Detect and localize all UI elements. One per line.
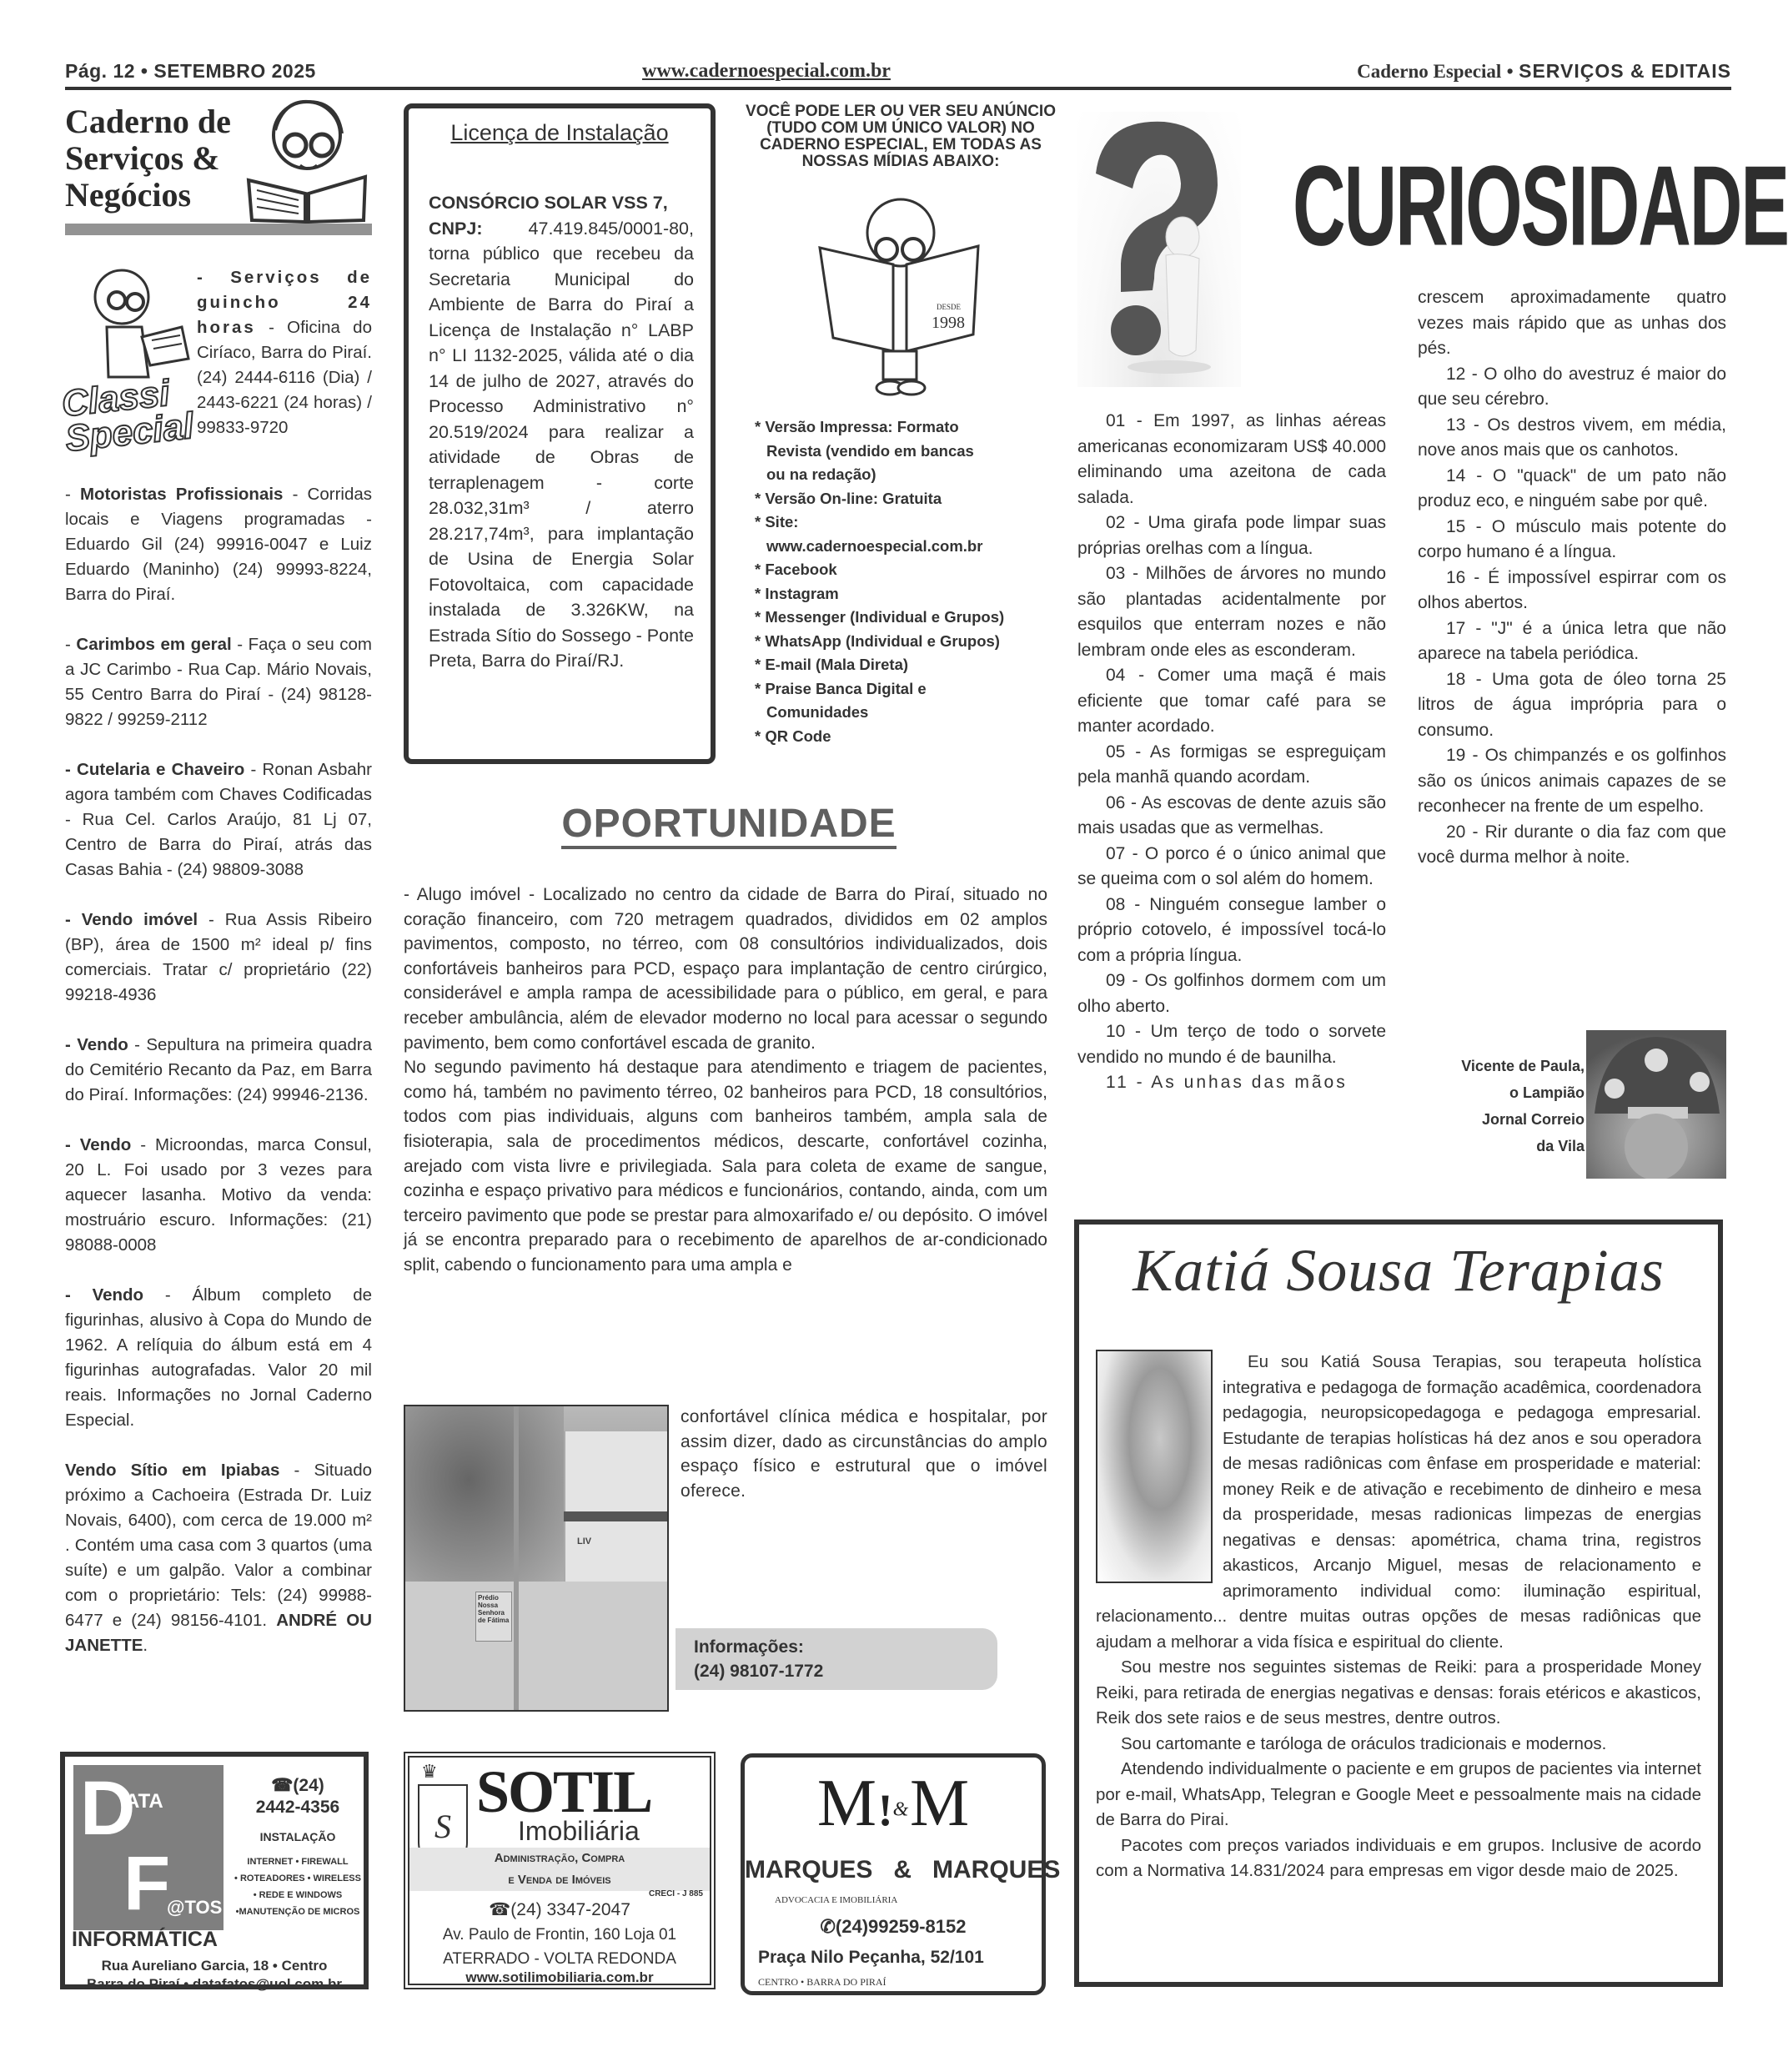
author-name: Vicente de Paula,: [1418, 1053, 1585, 1079]
brand-name: Caderno Especial: [1357, 61, 1501, 82]
datafatos-informatica: INFORMÁTICA: [72, 1928, 218, 1952]
address-line: Av. Paulo de Frontin, 160 Loja 01: [409, 1923, 710, 1947]
sotil-subtitle: Imobiliária: [518, 1816, 640, 1847]
katia-paragraph: Atendendo individualmente o paciente e e…: [1096, 1757, 1701, 1833]
crown-icon: ♛: [421, 1761, 438, 1783]
building-photo: LIV Prédio Nossa Senhora de Fátima: [404, 1405, 669, 1712]
svg-text:DESDE: DESDE: [937, 303, 962, 311]
sotil-phone: ☎(24) 3347-2047: [409, 1899, 710, 1920]
curiosity-item: 03 - Milhões de árvores no mundo são pla…: [1077, 561, 1386, 663]
marques-address: Praça Nilo Peçanha, 52/101: [758, 1948, 984, 1968]
curiosity-item: 05 - As formigas se espreguiçam pela man…: [1077, 740, 1386, 791]
media-item-label: * Versão Impressa: Formato: [755, 415, 1072, 440]
classified-item: - Cutelaria e Chaveiro - Ronan Asbahr ag…: [65, 757, 372, 883]
classified-title: - Vendo: [65, 1035, 128, 1054]
service-item: • REDE E WINDOWS: [229, 1887, 367, 1904]
media-item-label: * Site:: [755, 510, 1072, 535]
katia-paragraph: Pacotes com preços variados individuais …: [1096, 1833, 1701, 1884]
oportunidade-paragraph: - Alugo imóvel - Localizado no centro da…: [404, 883, 1047, 1055]
address-line: Rua Aureliano Garcia, 18 • Centro: [65, 1957, 364, 1975]
oportunidade-paragraph: No segundo pavimento há destaque para at…: [404, 1055, 1047, 1277]
sotil-website[interactable]: www.sotilimobiliaria.com.br: [409, 1969, 710, 1986]
classified-title: Vendo Sítio em Ipiabas: [65, 1461, 279, 1480]
media-item: * Instagram: [755, 582, 1072, 606]
curiosity-item: 02 - Uma girafa pode limpar suas própria…: [1077, 510, 1386, 561]
classified-end: .: [143, 1636, 148, 1655]
author-caption: Vicente de Paula, o Lampião Jornal Corre…: [1418, 1053, 1585, 1159]
curiosity-item: 07 - O porco é o único animal que se que…: [1077, 842, 1386, 893]
katia-paragraph: Sou cartomante e taróloga de oráculos tr…: [1096, 1732, 1701, 1758]
classified-item: - Carimbos em geral - Faça o seu com a J…: [65, 632, 372, 732]
curiosity-item: 11 - As unhas das mãos: [1077, 1070, 1386, 1096]
media-item: * Praise Banca Digital eComunidades: [755, 677, 1072, 725]
section-header: Caderno Especial • SERVIÇOS & EDITAIS: [1357, 60, 1731, 83]
service-item: •MANUTENÇÃO DE MICROS: [229, 1904, 367, 1920]
logo-m-left: M: [817, 1767, 876, 1840]
katia-photo: [1096, 1350, 1213, 1583]
katia-ad-box: Katiá Sousa Terapias Eu sou Katiá Sousa …: [1074, 1220, 1723, 1987]
oportunidade-title: OPORTUNIDADE: [404, 801, 1054, 847]
marques-ad: M!&M MARQUES & MARQUES ADVOCACIA E IMOBI…: [741, 1753, 1046, 1995]
classifieds-list: - Motoristas Profissionais - Corridas lo…: [65, 482, 372, 1658]
phone-number: 99259-8152: [868, 1916, 966, 1937]
phone-icon: ☎: [271, 1776, 293, 1795]
sotil-services-band: Administração, Compra e Venda de Imóveis: [409, 1848, 710, 1891]
media-item-cont: Revista (vendido em bancas: [755, 440, 1072, 464]
building-sign: Prédio Nossa Senhora de Fátima: [475, 1592, 512, 1642]
cangaceiro-hat-icon: [1586, 1030, 1726, 1179]
oportunidade-body: - Alugo imóvel - Localizado no centro da…: [404, 883, 1047, 1278]
phone-number: (24) 3347-2047: [510, 1900, 630, 1919]
curiosity-item: 12 - O olho do avestruz é maior do que s…: [1418, 362, 1726, 413]
media-item: * Facebook: [755, 558, 1072, 582]
phone-area: (24): [293, 1776, 324, 1795]
classified-title: - Vendo: [65, 1135, 131, 1154]
curiosity-item-cont: crescem aproximadamente quatro vezes mai…: [1418, 285, 1726, 362]
scales-logo-icon: M!&M: [745, 1766, 1042, 1848]
classified-title: Carimbos em geral: [76, 635, 231, 654]
marques-city: CENTRO • BARRA DO PIRAÍ: [758, 1976, 886, 1989]
logo-m-right: M: [910, 1767, 969, 1840]
curiosity-item: 08 - Ninguém consegue lamber o próprio c…: [1077, 893, 1386, 969]
curiosity-item: 19 - Os chimpanzés e os golfinhos são os…: [1418, 743, 1726, 820]
licenca-company: CONSÓRCIO SOLAR VSS 7,: [429, 193, 668, 213]
site-link[interactable]: www.cadernoespecial.com.br: [755, 535, 1072, 559]
katia-body: Eu sou Katiá Sousa Terapias, sou terapeu…: [1096, 1350, 1701, 1884]
datafatos-info: ☎(24) 2442-4356 INSTALAÇÃO INTERNET • FI…: [229, 1775, 367, 1920]
author-photo: [1586, 1030, 1726, 1179]
curiosidades-title: CURIOSIDADES: [1293, 140, 1788, 272]
phone-icon: ☎: [489, 1900, 510, 1919]
classified-item: Vendo Sítio em Ipiabas - Situado próximo…: [65, 1458, 372, 1658]
oportunidade-info-badge: Informações: (24) 98107-1772: [676, 1628, 997, 1690]
media-item: * Versão On-line: Gratuita: [755, 487, 1072, 511]
phone-number: 2442-4356: [229, 1797, 367, 1818]
whatsapp-icon: ✆: [820, 1916, 835, 1937]
datafatos-logo: D ATA F @TOS: [73, 1765, 223, 1930]
logo-ata: ATA: [125, 1790, 163, 1813]
classified-item: - Vendo - Álbum completo de figurinhas, …: [65, 1283, 372, 1433]
oportunidade-side-text: confortável clínica médica e hospitalar,…: [681, 1405, 1047, 1503]
katia-paragraph: Sou mestre nos seguintes sistemas de Rei…: [1096, 1655, 1701, 1732]
oportunidade-paragraph: confortável clínica médica e hospitalar,…: [681, 1405, 1047, 1503]
classified-prefix: -: [65, 485, 80, 504]
question-mark-icon: [1077, 112, 1241, 387]
classified-title: - Cutelaria e Chaveiro: [65, 760, 244, 779]
address-email: Barra do Piraí • datafatos@uol.com.br: [65, 1975, 364, 1994]
media-headline: VOCÊ PODE LER OU VER SEU ANÚNCIO (TUDO C…: [734, 103, 1067, 170]
website-link[interactable]: www.cadernoespecial.com.br: [642, 60, 891, 83]
marques-phone: ✆(24)99259-8152: [745, 1916, 1042, 1938]
datafatos-address: Rua Aureliano Garcia, 18 • Centro Barra …: [65, 1957, 364, 1994]
classi-special-logo: Classi Special: [60, 374, 195, 457]
curiosity-item: 16 - É impossível espirrar com os olhos …: [1418, 566, 1726, 616]
media-item-cont: Comunidades: [755, 701, 1072, 725]
logo-letter-f: F: [123, 1845, 170, 1922]
phone-area: (24): [836, 1916, 868, 1937]
classified-title: - Vendo imóvel: [65, 910, 198, 929]
classified-item: - Vendo - Sepultura na primeira quadra d…: [65, 1033, 372, 1108]
marques-subtitle: ADVOCACIA E IMOBILIÁRIA: [775, 1895, 897, 1905]
header-divider: [65, 87, 1731, 90]
media-item-cont: ou na redação): [755, 463, 1072, 487]
service-item: INTERNET • FIREWALL: [229, 1853, 367, 1870]
media-item: * QR Code: [755, 725, 1072, 749]
girl-reading-newspaper-icon: [242, 97, 372, 224]
curiosidades-column-a: 01 - Em 1997, as linhas aéreas americana…: [1077, 409, 1386, 1096]
info-phone: (24) 98107-1772: [694, 1659, 997, 1683]
classified-item: - Vendo imóvel - Rua Assis Ribeiro (BP),…: [65, 908, 372, 1008]
classified-prefix: -: [65, 635, 76, 654]
classified-text: - Álbum completo de figurinhas, alusivo …: [65, 1285, 372, 1430]
licenca-notice-box: Licença de Instalação CONSÓRCIO SOLAR VS…: [404, 103, 716, 764]
logo-line-3: Negócios: [65, 177, 231, 214]
boy-reading-paper-icon: [83, 260, 192, 394]
logo-amp: &: [893, 1799, 909, 1821]
address-city: ATERRADO - VOLTA REDONDA: [409, 1947, 710, 1971]
media-item-label: * Praise Banca Digital e: [755, 677, 1072, 702]
classified-item: - Serviços de guincho 24 horas - Oficina…: [197, 265, 372, 440]
licenca-text: 47.419.845/0001-80, torna público que re…: [429, 219, 694, 671]
curiosity-item: 01 - Em 1997, as linhas aéreas americana…: [1077, 409, 1386, 510]
classified-title: Motoristas Profissionais: [80, 485, 284, 504]
curiosity-item: 04 - Comer uma maçã é mais eficiente que…: [1077, 663, 1386, 740]
section-name: SERVIÇOS & EDITAIS: [1519, 60, 1731, 82]
logo-atos: @TOS: [167, 1897, 222, 1919]
sotil-creci: CRECI - J 885: [649, 1889, 703, 1898]
classified-text: - Situado próximo a Cachoeira (Estrada D…: [65, 1461, 372, 1630]
curiosity-item: 06 - As escovas de dente azuis são mais …: [1077, 791, 1386, 842]
licenca-body: CONSÓRCIO SOLAR VSS 7, CNPJ: 47.419.845/…: [429, 190, 694, 674]
sotil-address: Av. Paulo de Frontin, 160 Loja 01 ATERRA…: [409, 1923, 710, 1971]
curiosity-item: 10 - Um terço de todo o sorvete vendido …: [1077, 1019, 1386, 1070]
licenca-title: Licença de Instalação: [409, 120, 711, 146]
sotil-ad: ♛ S SOTIL Imobiliária Administração, Com…: [404, 1752, 716, 1989]
curiosity-item: 13 - Os destros vivem, em média, nove an…: [1418, 413, 1726, 464]
installation-label: INSTALAÇÃO: [229, 1830, 367, 1843]
logo-divider-bar: [65, 224, 372, 235]
classified-item: - Motoristas Profissionais - Corridas lo…: [65, 482, 372, 607]
page-date: Pág. 12 • SETEMBRO 2025: [65, 60, 316, 83]
curiosity-item: 18 - Uma gota de óleo torna 25 litros de…: [1418, 667, 1726, 744]
media-item: * Site:www.cadernoespecial.com.br: [755, 510, 1072, 558]
licenca-cnpj-label: CNPJ:: [429, 219, 483, 239]
author-nickname: o Lampião: [1418, 1079, 1585, 1106]
shield-letter: S: [434, 1807, 451, 1846]
curiosity-item: 14 - O "quack" de um pato não produz eco…: [1418, 464, 1726, 515]
curiosity-item: 09 - Os golfinhos dormem com um olho abe…: [1077, 968, 1386, 1019]
band-line: Administração, Compra: [409, 1848, 710, 1869]
classified-item: - Vendo - Microondas, marca Consul, 20 L…: [65, 1133, 372, 1258]
services-logo-title: Caderno de Serviços & Negócios: [65, 103, 231, 214]
bullet: •: [1507, 60, 1514, 82]
media-list: * Versão Impressa: FormatoRevista (vendi…: [755, 415, 1072, 748]
curiosity-item: 20 - Rir durante o dia faz com que você …: [1418, 820, 1726, 871]
liv-logo: LIV: [577, 1536, 591, 1546]
service-item: • ROTEADORES • WIRELESS: [229, 1870, 367, 1887]
curiosity-item: 17 - "J" é a única letra que não aparece…: [1418, 616, 1726, 667]
datafatos-ad: D ATA F @TOS INFORMÁTICA ☎(24) 2442-4356…: [60, 1752, 369, 1989]
media-item: * WhatsApp (Individual e Grupos): [755, 630, 1072, 654]
curiosidades-column-b: crescem aproximadamente quatro vezes mai…: [1418, 285, 1726, 871]
media-item: * E-mail (Mala Direta): [755, 653, 1072, 677]
logo-line-1: Caderno de: [65, 103, 231, 140]
question-mark-figure-image: [1077, 112, 1241, 387]
marques-name: MARQUES & MARQUES: [745, 1856, 1042, 1884]
info-label: Informações:: [694, 1635, 997, 1659]
oportunidade-title-text: OPORTUNIDADE: [561, 802, 896, 849]
classified-title: - Vendo: [65, 1285, 143, 1305]
curiosity-item: 15 - O músculo mais potente do corpo hum…: [1418, 515, 1726, 566]
media-item: * Messenger (Individual e Grupos): [755, 606, 1072, 630]
media-item: * Versão Impressa: FormatoRevista (vendi…: [755, 415, 1072, 487]
logo-center: !&: [876, 1766, 910, 1848]
author-org: Jornal Correio: [1418, 1106, 1585, 1133]
band-line: e Venda de Imóveis: [409, 1869, 710, 1891]
classi-line-2: Special: [63, 409, 195, 457]
boy-reading-magazine-icon: DESDE 1998: [813, 188, 988, 405]
katia-title: Katiá Sousa Terapias: [1079, 1236, 1718, 1305]
author-org-cont: da Vila: [1418, 1133, 1585, 1159]
logo-line-2: Serviços &: [65, 140, 231, 177]
svg-text:1998: 1998: [932, 314, 965, 332]
services-list: INTERNET • FIREWALL • ROTEADORES • WIREL…: [229, 1853, 367, 1920]
